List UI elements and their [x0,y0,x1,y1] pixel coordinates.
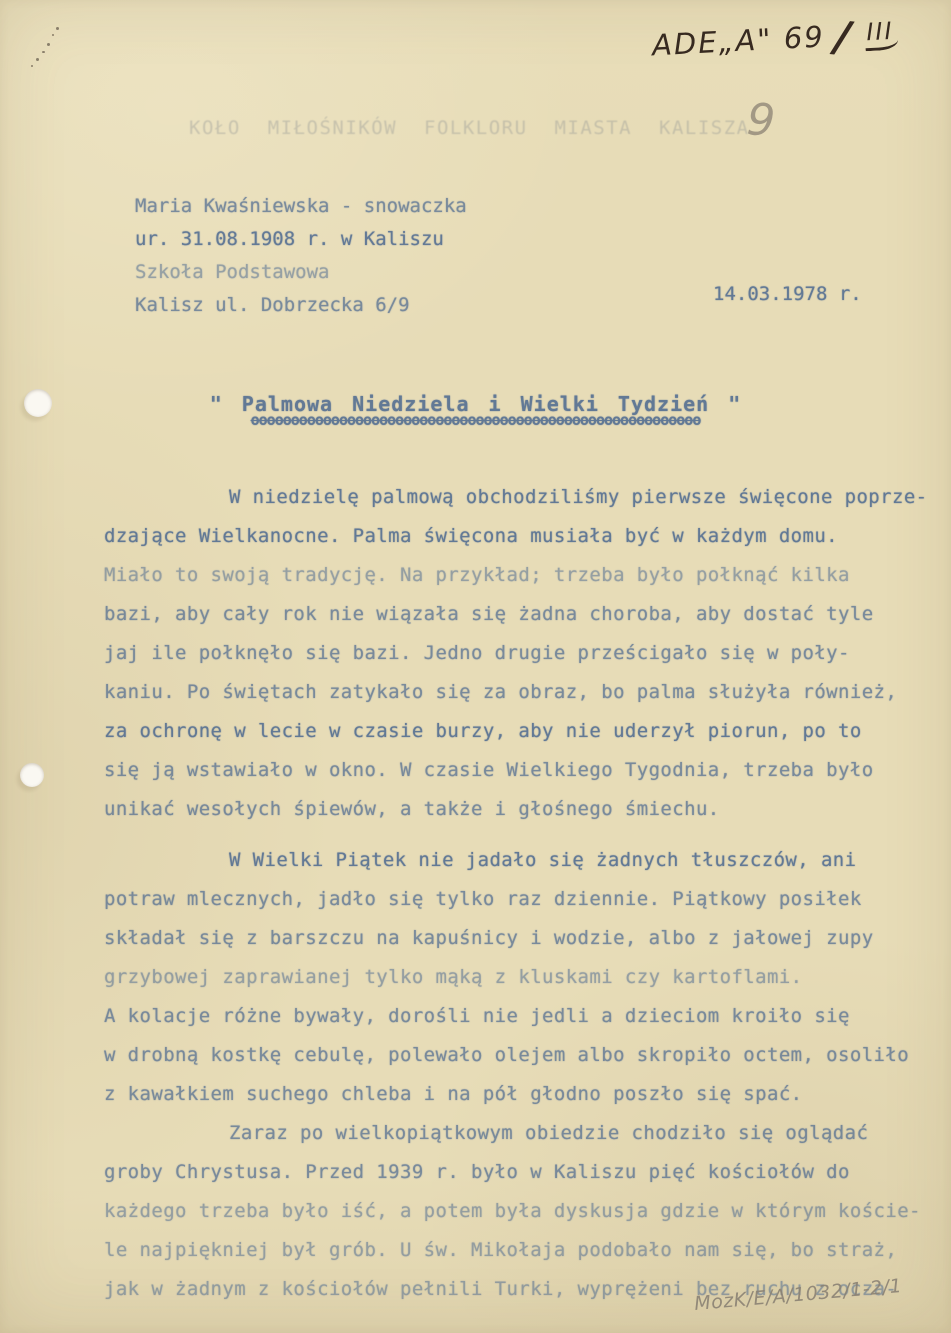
author-block: Maria Kwaśniewska - snowaczka ur. 31.08.… [135,190,467,322]
body-line: W Wielki Piątek nie jadało się żadnych t… [104,841,914,880]
archive-reference-slash: / [834,27,853,48]
body-line: kaniu. Po świętach zatykało się za obraz… [104,673,914,712]
body-line: jaj ile połknęło się bazi. Jedno drugie … [104,634,914,673]
title-underline-decoration: oooooooooooooooooooooooooooooooooooooooo… [0,413,951,428]
author-birth-line: ur. 31.08.1908 r. w Kaliszu [135,223,467,256]
body-line: grzybowej zaprawianej tylko mąką z klusk… [104,958,914,997]
body-line: A kolacje różne bywały, dorośli nie jedl… [104,997,914,1036]
body-line: dzające Wielkanocne. Palma święcona musi… [104,517,914,556]
paragraph-palm-sunday: W niedzielę palmową obchodziliśmy pierws… [104,478,914,829]
paper-speck [36,58,39,61]
organization-header: KOŁO MIŁOŚNIKÓW FOLKLORU MIASTA KALISZA [189,117,789,139]
body-line: unikać wesołych śpiewów, a także i głośn… [104,790,914,829]
paragraph-holy-sepulchres: Zaraz po wielkopiątkowym obiedzie chodzi… [104,1114,914,1309]
body-line: składał się z barszczu na kapuśnicy i wo… [104,919,914,958]
body-line: W niedzielę palmową obchodziliśmy pierws… [104,478,914,517]
author-address-line: Kalisz ul. Dobrzecka 6/9 [135,289,467,322]
body-line: z kawałkiem suchego chleba i na pół głod… [104,1075,914,1114]
body-line: potraw mlecznych, jadło się tylko raz dz… [104,880,914,919]
author-school-line: Szkoła Podstawowa [135,256,467,289]
archive-reference-annotation: ADE„A" 69 / III [651,16,898,67]
paper-speck [31,65,33,67]
scanned-document-page: ADE„A" 69 / III 9 KOŁO MIŁOŚNIKÓW FOLKLO… [0,0,951,1333]
body-line: się ją wstawiało w okno. W czasie Wielki… [104,751,914,790]
paper-speck [56,27,59,30]
body-line: le najpiękniej był grób. U św. Mikołaja … [104,1231,914,1270]
paper-speck [42,51,45,53]
author-name-line: Maria Kwaśniewska - snowaczka [135,190,467,223]
document-body: W niedzielę palmową obchodziliśmy pierws… [104,478,914,1309]
body-line: Miało to swoją tradycję. Na przykład; tr… [104,556,914,595]
paragraph-good-friday: W Wielki Piątek nie jadało się żadnych t… [104,841,914,1114]
body-line: każdego trzeba było iść, a potem była dy… [104,1192,914,1231]
paper-speck [52,34,54,36]
body-line: w drobną kostkę cebulę, polewało olejem … [104,1036,914,1075]
body-line: Zaraz po wielkopiątkowym obiedzie chodzi… [104,1114,914,1153]
archive-reference-roman-numeral: III [864,17,899,52]
body-line: za ochronę w lecie w czasie burzy, aby n… [104,712,914,751]
punch-hole-bottom [20,763,44,787]
archive-reference-text: ADE„A" 69 [651,19,825,62]
body-line: groby Chrystusa. Przed 1939 r. było w Ka… [104,1153,914,1192]
document-date: 14.03.1978 r. [713,283,862,305]
body-line: bazi, aby cały rok nie wiązała się żadna… [104,595,914,634]
paper-speck [47,43,50,46]
